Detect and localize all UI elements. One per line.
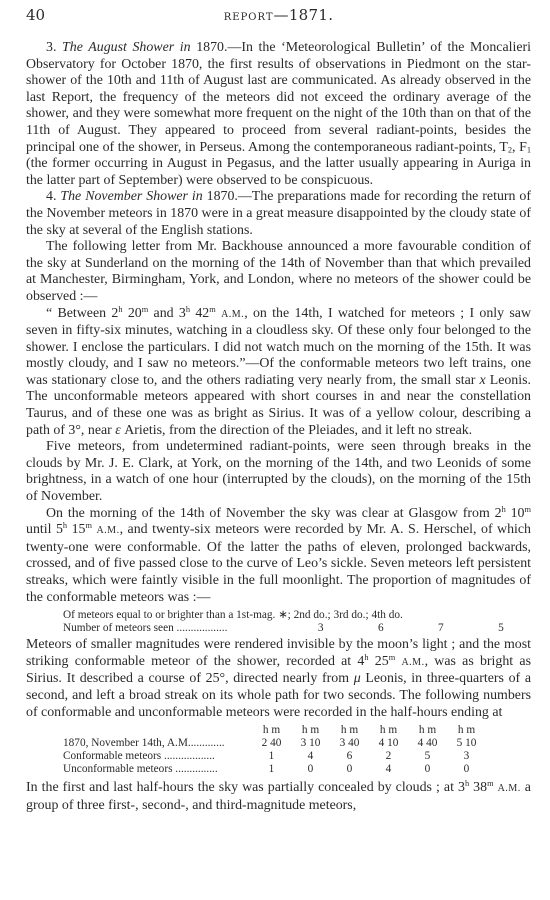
paragraph-smaller-magnitudes: Meteors of smaller magnitudes were rende… <box>26 637 531 721</box>
section-august-shower: 3. The August Shower in 1870.—In the ‘Me… <box>26 40 531 189</box>
table-row: Conformable meteors .................. 1… <box>63 750 531 763</box>
paragraph-glasgow: On the morning of the 14th of November t… <box>26 506 531 607</box>
paragraph-last: In the first and last half-hours the sky… <box>26 780 531 814</box>
section-november-shower: 4. The November Shower in 1870.—The prep… <box>26 189 531 239</box>
running-title: REPORT—1871. <box>26 6 531 24</box>
table-row: 1870, November 14th, A.M............. 2 … <box>63 737 531 750</box>
table-row: Unconformable meteors ............... 1 … <box>63 763 531 776</box>
page-body: 3. The August Shower in 1870.—In the ‘Me… <box>26 40 531 814</box>
section-title: The August Shower in <box>62 40 191 55</box>
section-title: The November Shower in <box>60 189 202 204</box>
magnitude-table: Of meteors equal to or brighter than a 1… <box>63 609 531 635</box>
magnitude-values-row: Number of meteors seen .................… <box>63 622 531 635</box>
magnitude-header: Of meteors equal to or brighter than a 1… <box>63 609 531 622</box>
paragraph-backhouse: The following letter from Mr. Backhouse … <box>26 239 531 305</box>
page-header: 40 REPORT—1871. <box>26 6 531 26</box>
table-units-row: h m h m h m h m h m h m <box>63 724 531 737</box>
paragraph-clark: Five meteors, from undetermined radiant-… <box>26 439 531 505</box>
paragraph-letter: “ Between 2h 20m and 3h 42m A.M., on the… <box>26 306 531 440</box>
halfhour-table: h m h m h m h m h m h m 1870, November 1… <box>63 724 531 776</box>
